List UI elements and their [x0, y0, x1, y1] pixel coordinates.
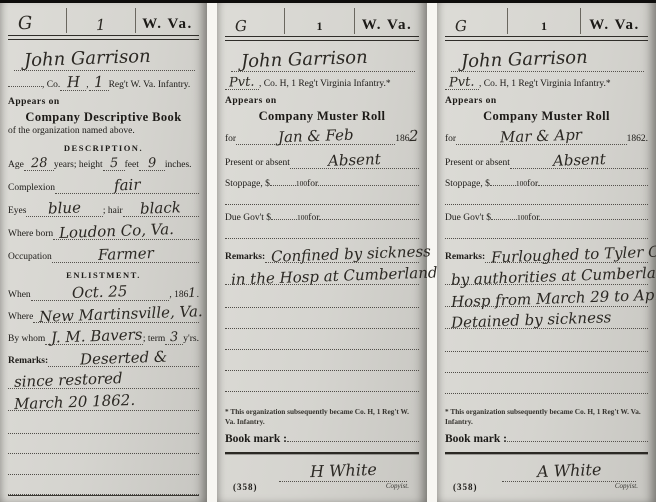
remarks-text: Confined by sickness — [271, 244, 431, 265]
cents-denominator: 100 — [297, 213, 308, 222]
bottom-rule — [8, 495, 199, 496]
card1-remarks-line-1: Remarks: Deserted & — [8, 351, 199, 367]
card3-state: W. Va. — [581, 17, 648, 34]
unit-suffix: Reg't W. Va. Infantry. — [109, 80, 191, 90]
card3-remarks-line-3: Hosp from March 29 to Ap. 22 — [445, 291, 648, 307]
blank-line — [8, 434, 199, 454]
occupation-line: Occupation Farmer — [8, 247, 199, 263]
card3-for-line: for Mar & Apr 1862 . — [445, 129, 648, 145]
thick-rule — [445, 452, 648, 454]
record-title: Company Muster Roll — [445, 109, 648, 124]
enlist-when-line: When Oct. 25 , 186 1 . — [8, 285, 199, 301]
page-number: (358) — [233, 482, 258, 492]
copyist-signature: H White — [310, 462, 377, 480]
card3-header: G 1 W. Va. — [445, 8, 648, 34]
blank-line — [225, 308, 419, 329]
age-value: 28 — [30, 157, 47, 171]
card1-header: G 1 W. Va. — [8, 8, 199, 33]
card-separator — [207, 0, 217, 502]
signature-area: H White (358) Copyist. — [225, 456, 419, 496]
record-title: Company Muster Roll — [225, 109, 419, 124]
card1-remarks-line-2: since restored — [8, 373, 199, 389]
remarks-text: since restored — [14, 371, 123, 390]
unit-text: , Co. H, 1 Reg't Virginia Infantry.* — [259, 79, 391, 89]
bywhom-value: J. M. Bavers — [51, 328, 143, 346]
blank-line — [445, 189, 648, 205]
card1-unit-line: , Co. H , 1 Reg't W. Va. Infantry. — [8, 75, 199, 91]
card-descriptive-book: G 1 W. Va. John Garrison , Co. H , 1 Reg… — [0, 0, 207, 502]
card3-footer: * This organization subsequently became … — [445, 407, 648, 496]
appears-on-label: Appears on — [225, 96, 419, 106]
enlist-date-value: Oct. 25 — [72, 284, 128, 301]
copyist-label: Copyist. — [386, 482, 409, 490]
blank-line — [225, 189, 419, 205]
remarks-text: by authorities at Cumberland — [451, 265, 656, 288]
card2-due-line: Due Gov't $ 100 for — [225, 213, 419, 223]
soldier-name: John Garrison — [24, 48, 151, 70]
remarks-text: Hosp from March 29 to Ap. 22 — [451, 287, 656, 310]
card2-header: G 1 W. Va. — [225, 8, 419, 34]
blank-line — [8, 475, 199, 495]
card2-present-line: Present or absent Absent — [225, 153, 419, 169]
cents-denominator: 100 — [516, 179, 527, 188]
rank-value: Pvt. — [229, 76, 255, 90]
enlist-where-line: Where New Martinsville, Va. — [8, 307, 199, 323]
signature-area: A White (358) Copyist. — [445, 456, 648, 496]
bookmark-line: Book mark : — [225, 433, 419, 445]
card3-remarks-line-4: Detained by sickness — [445, 313, 648, 329]
page-number: (358) — [453, 482, 478, 492]
copyist-signature: A White — [536, 462, 601, 480]
period-value: Jan & Feb — [278, 128, 354, 146]
eyes-hair-line: Eyes blue ; hair black — [8, 201, 199, 217]
card2-for-line: for Jan & Feb 186 2 — [225, 129, 419, 145]
soldier-name: John Garrison — [241, 49, 368, 71]
card-muster-roll-jan-feb: G 1 W. Va. John Garrison Pvt. , Co. H, 1… — [217, 0, 427, 502]
rank-value: Pvt. — [449, 76, 475, 90]
copyist-label: Copyist. — [615, 482, 638, 490]
blank-line — [445, 373, 648, 394]
blank-line — [8, 454, 199, 474]
card2-unit-line: Pvt. , Co. H, 1 Reg't Virginia Infantry.… — [225, 76, 419, 90]
appears-on-label: Appears on — [445, 96, 648, 106]
regiment-value: 1 — [94, 75, 104, 90]
born-line: Where born Loudon Co, Va. — [8, 224, 199, 240]
year-written: 2 — [409, 129, 419, 144]
blank-line — [225, 371, 419, 392]
cents-denominator: 100 — [517, 213, 528, 222]
blank-line — [8, 413, 199, 433]
blank-line — [445, 223, 648, 239]
cents-denominator: 100 — [296, 179, 307, 188]
card1-company-letter: G — [18, 15, 33, 33]
blank-line — [445, 352, 648, 373]
card2-footer: * This organization subsequently became … — [225, 407, 419, 496]
card1-state: W. Va. — [136, 16, 199, 33]
height-inches-value: 9 — [148, 157, 157, 170]
blank-line — [445, 331, 648, 352]
card-muster-roll-mar-apr: G 1 W. Va. John Garrison Pvt. , Co. H, 1… — [437, 0, 656, 502]
double-rule — [8, 35, 199, 40]
blank-line — [225, 329, 419, 350]
appears-on-label: Appears on — [8, 97, 199, 107]
footnote-text: * This organization subsequently became … — [225, 407, 419, 426]
record-card-scan: G 1 W. Va. John Garrison , Co. H , 1 Reg… — [0, 0, 656, 502]
occupation-value: Farmer — [97, 246, 153, 263]
age-height-line: Age 28 years; height 5 feet 9 inches. — [8, 157, 199, 171]
card3-present-line: Present or absent Absent — [445, 153, 648, 169]
enlist-place-value: New Martinsville, Va. — [39, 304, 203, 325]
remarks-text: in the Hosp at Cumberland — [231, 265, 438, 287]
footnote-text: * This organization subsequently became … — [445, 407, 648, 426]
hair-value: black — [140, 200, 181, 216]
enlist-year-written: 1 — [188, 287, 197, 300]
card3-remarks-line-1: Remarks: Furloughed to Tyler Co Va — [445, 247, 648, 263]
card1-regiment-number: 1 — [96, 18, 106, 33]
card1-remarks-line-3: March 20 1862. — [8, 395, 199, 411]
bookmark-line: Book mark : — [445, 433, 648, 445]
blank-line — [225, 350, 419, 371]
complexion-line: Complexion fair — [8, 178, 199, 194]
term-value: 3 — [170, 331, 179, 344]
card3-remarks-line-2: by authorities at Cumberland — [445, 269, 648, 285]
card2-stoppage-line: Stoppage, $ 100 for — [225, 179, 419, 189]
card3-due-line: Due Gov't $ 100 for — [445, 213, 648, 223]
blank-line — [225, 223, 419, 239]
card2-remarks-line-2: in the Hosp at Cumberland — [225, 269, 419, 285]
remarks-text: Deserted & — [80, 350, 168, 368]
card2-regiment-number: 1 — [317, 19, 323, 34]
thick-rule — [225, 452, 419, 454]
card3-regiment-number: 1 — [541, 19, 547, 34]
complexion-value: fair — [113, 178, 140, 194]
double-rule — [225, 36, 419, 41]
enlistment-heading: ENLISTMENT. — [8, 270, 199, 280]
card1-name-line: John Garrison — [14, 50, 195, 71]
present-value: Absent — [552, 152, 605, 169]
card2-name-line: John Garrison — [231, 51, 415, 72]
double-rule — [445, 36, 648, 41]
enlist-bywhom-line: By whom J. M. Bavers ; term 3 y'rs. — [8, 329, 199, 345]
blank-line — [225, 287, 419, 308]
card3-company-letter: G — [455, 19, 468, 34]
description-heading: DESCRIPTION. — [8, 143, 199, 153]
card3-name-line: John Garrison — [451, 51, 644, 72]
eyes-value: blue — [48, 201, 81, 217]
card2-state: W. Va. — [355, 17, 419, 34]
company-value: H — [66, 75, 80, 90]
period-value: Mar & Apr — [500, 128, 582, 146]
card2-remarks-line-1: Remarks: Confined by sickness — [225, 247, 419, 263]
card3-unit-line: Pvt. , Co. H, 1 Reg't Virginia Infantry.… — [445, 76, 648, 90]
present-value: Absent — [328, 152, 381, 169]
remarks-text: March 20 1862. — [14, 393, 136, 412]
card2-company-letter: G — [235, 19, 248, 34]
card3-stoppage-line: Stoppage, $ 100 for — [445, 179, 648, 189]
height-feet-value: 5 — [109, 157, 118, 170]
year-period: . — [646, 134, 648, 144]
record-title: Company Descriptive Book — [8, 110, 199, 125]
remarks-text: Detained by sickness — [451, 310, 612, 331]
unit-text: , Co. H, 1 Reg't Virginia Infantry.* — [479, 79, 611, 89]
co-label: , Co. — [42, 80, 60, 90]
scan-top-edge — [0, 0, 656, 3]
record-subtitle: of the organization named above. — [8, 126, 199, 136]
birthplace-value: Loudon Co, Va. — [59, 222, 174, 241]
remarks-text: Furloughed to Tyler Co Va — [491, 243, 656, 265]
soldier-name: John Garrison — [461, 49, 588, 71]
